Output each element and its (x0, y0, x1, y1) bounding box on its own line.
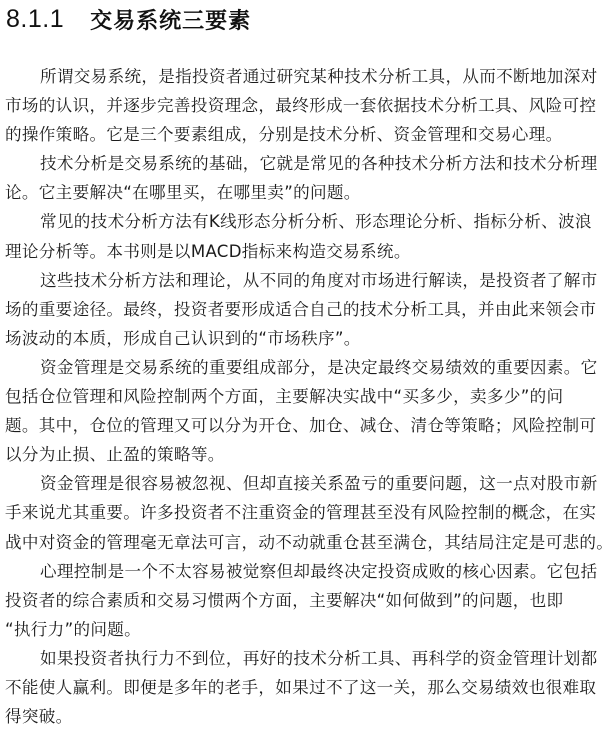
text-line: 论。它主要解决“在哪里买，在哪里卖”的问题。 (5, 178, 613, 207)
paragraph-analysis-methods: 常见的技术分析方法有K线形态分析分析、形态理论分析、指标分析、波浪 理论分析等。… (5, 207, 613, 265)
body-text: 所谓交易系统，是指投资者通过研究某种技术分析工具，从而不断地加深对 市场的认识，… (5, 62, 613, 729)
section-heading: 8.1.1 交易系统三要素 (6, 2, 251, 36)
text-line: 战中对资金的管理毫无章法可言，动不动就重仓甚至满仓，其结局注定是可悲的。 (5, 528, 613, 557)
text-line: 所谓交易系统，是指投资者通过研究某种技术分析工具，从而不断地加深对 (5, 62, 613, 91)
text-line: 的操作策略。它是三个要素组成，分别是技术分析、资金管理和交易心理。 (5, 120, 613, 149)
text-line: 不能使人赢利。即便是多年的老手，如果过不了这一关，那么交易绩效也很难取 (5, 673, 613, 702)
text-line: 常见的技术分析方法有K线形态分析分析、形态理论分析、指标分析、波浪 (5, 207, 613, 236)
paragraph-money-management: 资金管理是交易系统的重要组成部分，是决定最终交易绩效的重要因素。它 包括仓位管理… (5, 353, 613, 469)
text-line: 场波动的本质，形成自己认识到的“市场秩序”。 (5, 324, 613, 353)
text-line: 手来说尤其重要。许多投资者不注重资金的管理甚至没有风险控制的概念，在实 (5, 498, 613, 527)
paragraph-psychology-control: 心理控制是一个不太容易被觉察但却最终决定投资成败的核心因素。它包括 投资者的综合… (5, 557, 613, 644)
text-line: 理论分析等。本书则是以MACD指标来构造交易系统。 (5, 237, 613, 266)
section-number: 8.1.1 (6, 5, 64, 34)
text-line: 这些技术分析方法和理论，从不同的角度对市场进行解读，是投资者了解市 (5, 266, 613, 295)
text-line: 以分为止损、止盈的策略等。 (5, 440, 613, 469)
document-page: 8.1.1 交易系统三要素 所谓交易系统，是指投资者通过研究某种技术分析工具，从… (0, 0, 615, 729)
text-line: 场的重要途径。最终，投资者要形成适合自己的技术分析工具，并由此来领会市 (5, 295, 613, 324)
paragraph-money-management-importance: 资金管理是很容易被忽视、但却直接关系盈亏的重要问题，这一点对股市新 手来说尤其重… (5, 469, 613, 556)
text-line: 如果投资者执行力不到位，再好的技术分析工具、再科学的资金管理计划都 (5, 644, 613, 673)
text-line: 得突破。 (5, 702, 613, 729)
paragraph-trading-system-definition: 所谓交易系统，是指投资者通过研究某种技术分析工具，从而不断地加深对 市场的认识，… (5, 62, 613, 149)
text-line: 包括仓位管理和风险控制两个方面，主要解决实战中“买多少，卖多少”的问 (5, 382, 613, 411)
text-line: 技术分析是交易系统的基础，它就是常见的各种技术分析方法和技术分析理 (5, 149, 613, 178)
text-line: 心理控制是一个不太容易被觉察但却最终决定投资成败的核心因素。它包括 (5, 557, 613, 586)
text-line: 资金管理是交易系统的重要组成部分，是决定最终交易绩效的重要因素。它 (5, 353, 613, 382)
text-line: 题。其中，仓位的管理又可以分为开仓、加仓、减仓、清仓等策略；风险控制可 (5, 411, 613, 440)
text-line: 投资者的综合素质和交易习惯两个方面，主要解决“如何做到”的问题，也即 (5, 586, 613, 615)
paragraph-execution: 如果投资者执行力不到位，再好的技术分析工具、再科学的资金管理计划都 不能使人赢利… (5, 644, 613, 729)
section-title: 交易系统三要素 (90, 4, 251, 35)
paragraph-market-order: 这些技术分析方法和理论，从不同的角度对市场进行解读，是投资者了解市 场的重要途径… (5, 266, 613, 353)
text-line: 资金管理是很容易被忽视、但却直接关系盈亏的重要问题，这一点对股市新 (5, 469, 613, 498)
text-line: 市场的认识，并逐步完善投资理念，最终形成一套依据技术分析工具、风险可控 (5, 91, 613, 120)
text-line: “执行力”的问题。 (5, 615, 613, 644)
paragraph-technical-analysis: 技术分析是交易系统的基础，它就是常见的各种技术分析方法和技术分析理 论。它主要解… (5, 149, 613, 207)
